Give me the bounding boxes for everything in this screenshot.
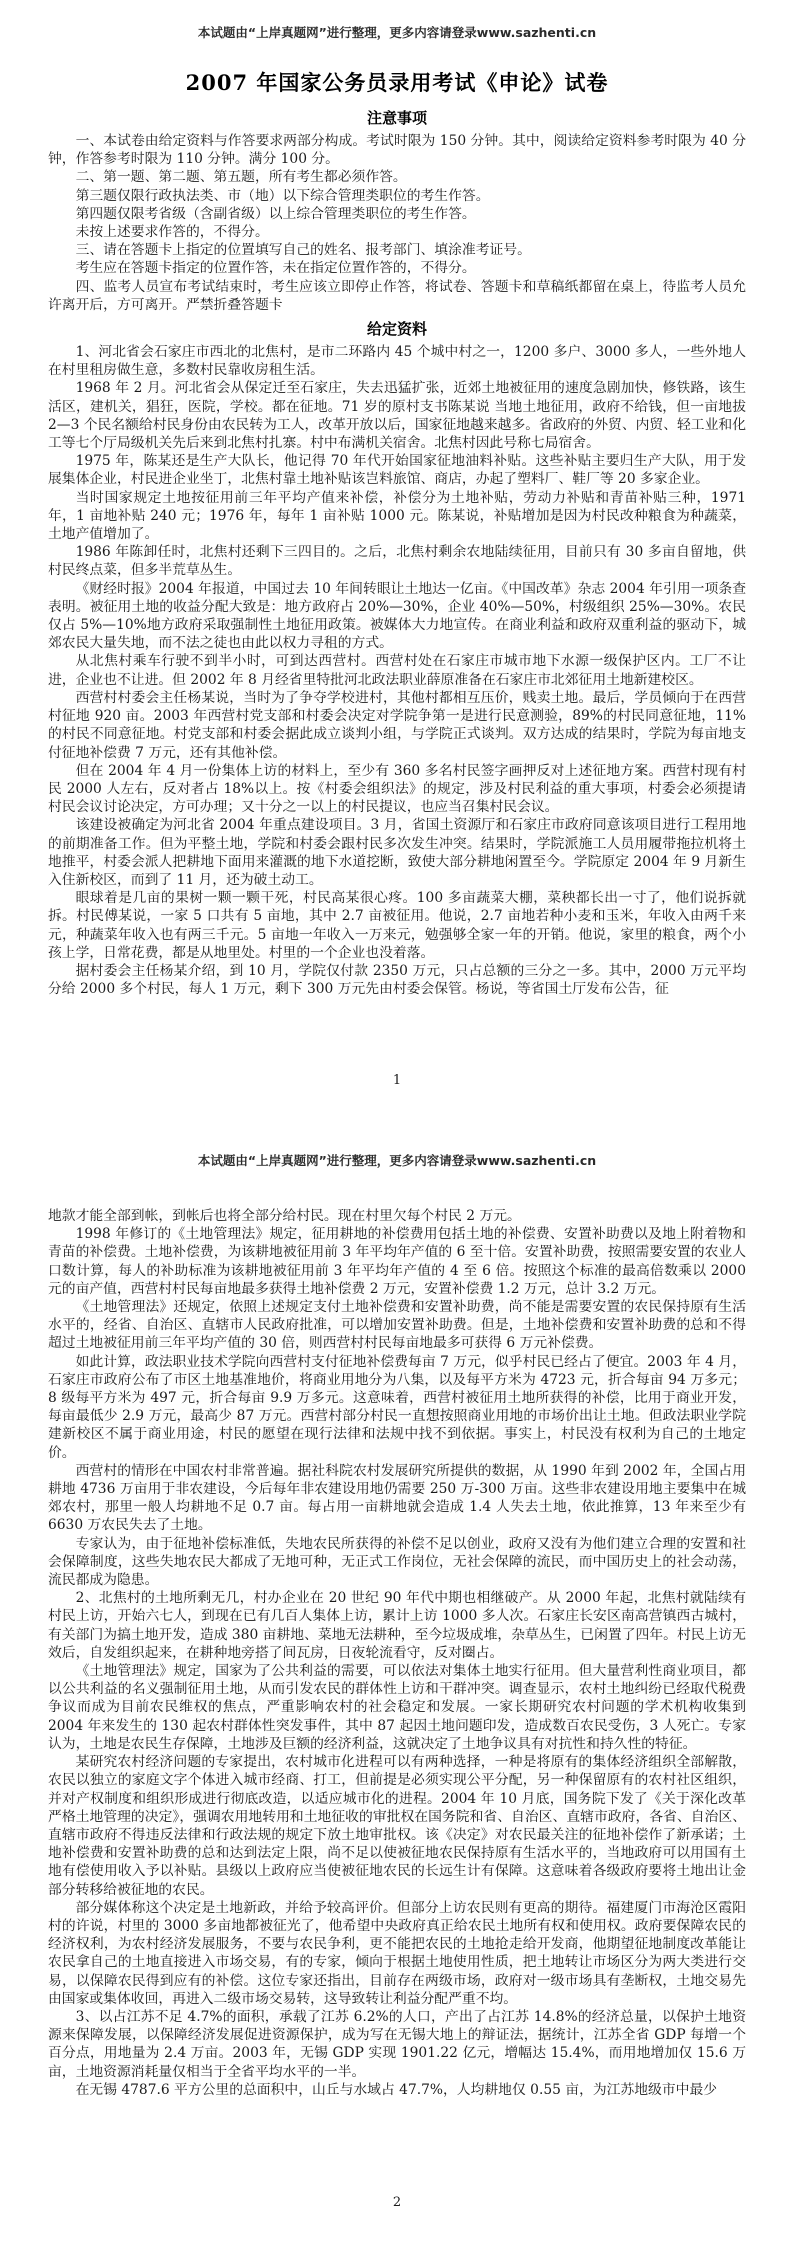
- material-paragraph: 西营村村委会主任杨某说，当时为了争夺学校进村，其他村都相互压价，贱卖土地。最后，…: [48, 689, 746, 762]
- material-paragraph: 西营村的情形在中国农村非常普遍。据社科院农村发展研究所提供的数据，从 1990 …: [48, 1462, 746, 1535]
- material-paragraph: 3、以占江苏不足 4.7%的面积，承载了江苏 6.2%的人口，产出了占江苏 14…: [48, 2008, 746, 2081]
- notices-section: 一、本试卷由给定资料与作答要求两部分构成。考试时限为 150 分钟。其中，阅读给…: [48, 132, 746, 314]
- notice-item: 第四题仅限考省级（含副省级）以上综合管理类职位的考生作答。: [48, 205, 746, 223]
- notice-item: 第三题仅限行政执法类、市（地）以下综合管理类职位的考生作答。: [48, 187, 746, 205]
- material-paragraph: 《土地管理法》还规定，依照上述规定支付土地补偿费和安置补助费，尚不能是需要安置的…: [48, 1298, 746, 1353]
- material-paragraph: 《财经时报》2004 年报道，中国过去 10 年间转眼让土地达一亿亩。《中国改革…: [48, 580, 746, 653]
- material-paragraph: 1986 年陈卸任时，北焦村还剩下三四目的。之后，北焦村剩余农地陆续征用，目前只…: [48, 543, 746, 579]
- material-paragraph: 但在 2004 年 4 月一份集体上访的材料上，至少有 360 多名村民签字画押…: [48, 762, 746, 817]
- material-paragraph: 某研究农村经济问题的专家提出，农村城市化进程可以有两种选择，一种是将原有的集体经…: [48, 1753, 746, 1899]
- material-paragraph: 当时国家规定土地按征用前三年平均产值来补偿，补偿分为土地补贴，劳动力补贴和青苗补…: [48, 489, 746, 544]
- material-paragraph: 眼球着是几亩的果树一颗一颗干死，村民高某很心疼。100 多亩蔬菜大棚，菜秧都长出…: [48, 889, 746, 962]
- material-paragraph: 专家认为，由于征地补偿标准低，失地农民所获得的补偿不足以创业，政府又没有为他们建…: [48, 1535, 746, 1590]
- page-number-1: 1: [0, 1073, 794, 1088]
- source-note: 本试题由“上岸真题网”进行整理，更多内容请登录www.sazhenti.cn: [48, 0, 746, 41]
- material-paragraph: 1975 年，陈某还是生产大队长，他记得 70 年代开始国家征地油料补贴。这些补…: [48, 452, 746, 488]
- notice-item: 未按上述要求作答的，不得分。: [48, 223, 746, 241]
- material-paragraph: 部分媒体称这个决定是土地新政，并给予较高评价。但部分上访农民则有更高的期待。福建…: [48, 1899, 746, 2008]
- material-paragraph: 1968 年 2 月。河北省会从保定迁至石家庄，失去迅猛扩张，近郊土地被征用的速…: [48, 379, 746, 452]
- material-paragraph: 从北焦村乘车行驶不到半小时，可到达西营村。西营村处在石家庄市城市地下水源一级保护…: [48, 652, 746, 688]
- notice-item: 二、第一题、第二题、第五题，所有考生都必须作答。: [48, 168, 746, 186]
- page-number-2: 2: [0, 2195, 794, 2210]
- notices-heading: 注意事项: [48, 107, 746, 128]
- materials-section-page2: 地款才能全部到帐，到帐后也将全部分给村民。现在村里欠每个村民 2 万元。 199…: [48, 1207, 746, 2099]
- page-2: 本试题由“上岸真题网”进行整理，更多内容请登录www.sazhenti.cn 地…: [0, 1122, 794, 2244]
- material-paragraph: 2、北焦村的土地所剩无几，村办企业在 20 世纪 90 年代中期也相继破产。从 …: [48, 1589, 746, 1662]
- material-paragraph: 该建设被确定为河北省 2004 年重点建设项目。3 月，省国土资源厅和石家庄市政…: [48, 816, 746, 889]
- material-paragraph: 地款才能全部到帐，到帐后也将全部分给村民。现在村里欠每个村民 2 万元。: [48, 1207, 746, 1225]
- materials-heading: 给定资料: [48, 318, 746, 339]
- material-paragraph: 据村委会主任杨某介绍，到 10 月，学院仅付款 2350 万元，只占总额的三分之…: [48, 962, 746, 998]
- notice-item: 四、监考人员宣布考试结束时，考生应该立即停止作答，将试卷、答题卡和草稿纸都留在桌…: [48, 278, 746, 314]
- material-paragraph: 如此计算，政法职业技术学院向西营村支付征地补偿费每亩 7 万元，似乎村民已经占了…: [48, 1353, 746, 1462]
- source-note: 本试题由“上岸真题网”进行整理，更多内容请登录www.sazhenti.cn: [48, 1122, 746, 1169]
- page-title: 2007 年国家公务员录用考试《申论》试卷: [48, 67, 746, 97]
- material-paragraph: 在无锡 4787.6 平方公里的总面积中，山丘与水域占 47.7%，人均耕地仅 …: [48, 2081, 746, 2099]
- page-1: 本试题由“上岸真题网”进行整理，更多内容请登录www.sazhenti.cn 2…: [0, 0, 794, 1122]
- material-paragraph: 1998 年修订的《土地管理法》规定，征用耕地的补偿费用包括土地的补偿费、安置补…: [48, 1225, 746, 1298]
- notice-item: 一、本试卷由给定资料与作答要求两部分构成。考试时限为 150 分钟。其中，阅读给…: [48, 132, 746, 168]
- material-paragraph: 《土地管理法》规定，国家为了公共利益的需要，可以依法对集体土地实行征用。但大量营…: [48, 1662, 746, 1753]
- notice-item: 考生应在答题卡指定的位置作答，未在指定位置作答的，不得分。: [48, 259, 746, 277]
- material-paragraph: 1、河北省会石家庄市西北的北焦村，是市二环路内 45 个城中村之一，1200 多…: [48, 343, 746, 379]
- exam-document: 本试题由“上岸真题网”进行整理，更多内容请登录www.sazhenti.cn 2…: [0, 0, 794, 2244]
- materials-section-page1: 1、河北省会石家庄市西北的北焦村，是市二环路内 45 个城中村之一，1200 多…: [48, 343, 746, 998]
- notice-item: 三、请在答题卡上指定的位置填写自己的姓名、报考部门、填涂准考证号。: [48, 241, 746, 259]
